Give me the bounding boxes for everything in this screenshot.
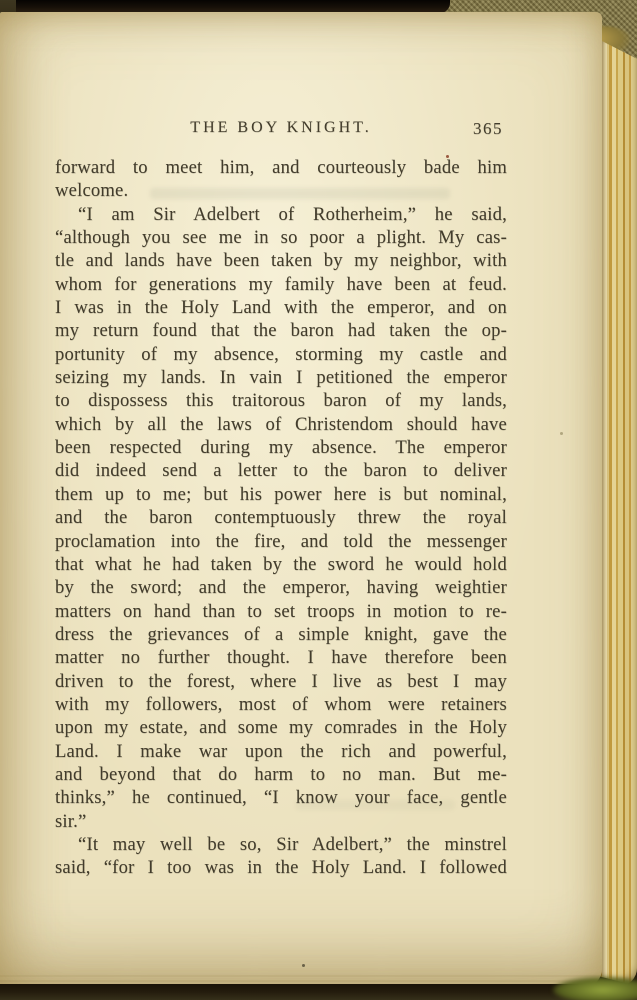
- book-page: THE BOY KNIGHT. 365 forward to meet him,…: [0, 12, 602, 987]
- text-line: driven to the forest, where I live as be…: [55, 670, 507, 693]
- print-showthrough: [295, 800, 455, 810]
- book-photo: THE BOY KNIGHT. 365 forward to meet him,…: [0, 0, 637, 1000]
- book-cover-corner: [553, 977, 637, 1000]
- text-line: said, “for I too was in the Holy Land. I…: [55, 856, 507, 879]
- ink-speck: [302, 964, 305, 967]
- book-bottom-edge: [0, 984, 637, 1000]
- text-line: did indeed send a letter to the baron to…: [55, 459, 507, 482]
- text-line: “I am Sir Adelbert of Rotherheim,” he sa…: [55, 203, 507, 226]
- text-line: by the sword; and the emperor, having we…: [55, 576, 507, 599]
- text-line: “It may well be so, Sir Adelbert,” the m…: [55, 833, 507, 856]
- text-line: dress the grievances of a simple knight,…: [55, 623, 507, 646]
- page-header: THE BOY KNIGHT. 365: [55, 119, 507, 141]
- text-line: with my followers, most of whom were ret…: [55, 693, 507, 716]
- text-line: seizing my lands. In vain I petitioned t…: [55, 366, 507, 389]
- text-line: sir.”: [55, 810, 507, 833]
- page-body: forward to meet him, and courteously bad…: [55, 156, 507, 880]
- text-line: them up to me; but his power here is but…: [55, 483, 507, 506]
- text-line: and beyond that do harm to no man. But m…: [55, 763, 507, 786]
- print-showthrough: [150, 188, 450, 199]
- text-line: tle and lands have been taken by my neig…: [55, 249, 507, 272]
- text-line: upon my estate, and some my comrades in …: [55, 716, 507, 739]
- text-line: that what he had taken by the sword he w…: [55, 553, 507, 576]
- text-line: matters on hand than to set troops in mo…: [55, 600, 507, 623]
- ink-speck: [560, 432, 563, 435]
- text-line: which by all the laws of Christendom sho…: [55, 413, 507, 436]
- text-line: proclamation into the fire, and told the…: [55, 530, 507, 553]
- text-line: and the baron contemptuously threw the r…: [55, 506, 507, 529]
- running-title: THE BOY KNIGHT.: [190, 119, 371, 137]
- ink-speck: [446, 155, 449, 158]
- text-line: Land. I make war upon the rich and power…: [55, 740, 507, 763]
- text-line: “although you see me in so poor a plight…: [55, 226, 507, 249]
- text-line: forward to meet him, and courteously bad…: [55, 156, 507, 179]
- text-line: whom for generations my family have been…: [55, 273, 507, 296]
- text-line: matter no further thought. I have theref…: [55, 646, 507, 669]
- text-line: to dispossess this traitorous baron of m…: [55, 389, 507, 412]
- gilt-page-edges: [600, 40, 637, 986]
- text-line: my return found that the baron had taken…: [55, 319, 507, 342]
- text-line: portunity of my absence, storming my cas…: [55, 343, 507, 366]
- text-line: I was in the Holy Land with the emperor,…: [55, 296, 507, 319]
- text-line: been respected during my absence. The em…: [55, 436, 507, 459]
- page-number: 365: [473, 119, 503, 139]
